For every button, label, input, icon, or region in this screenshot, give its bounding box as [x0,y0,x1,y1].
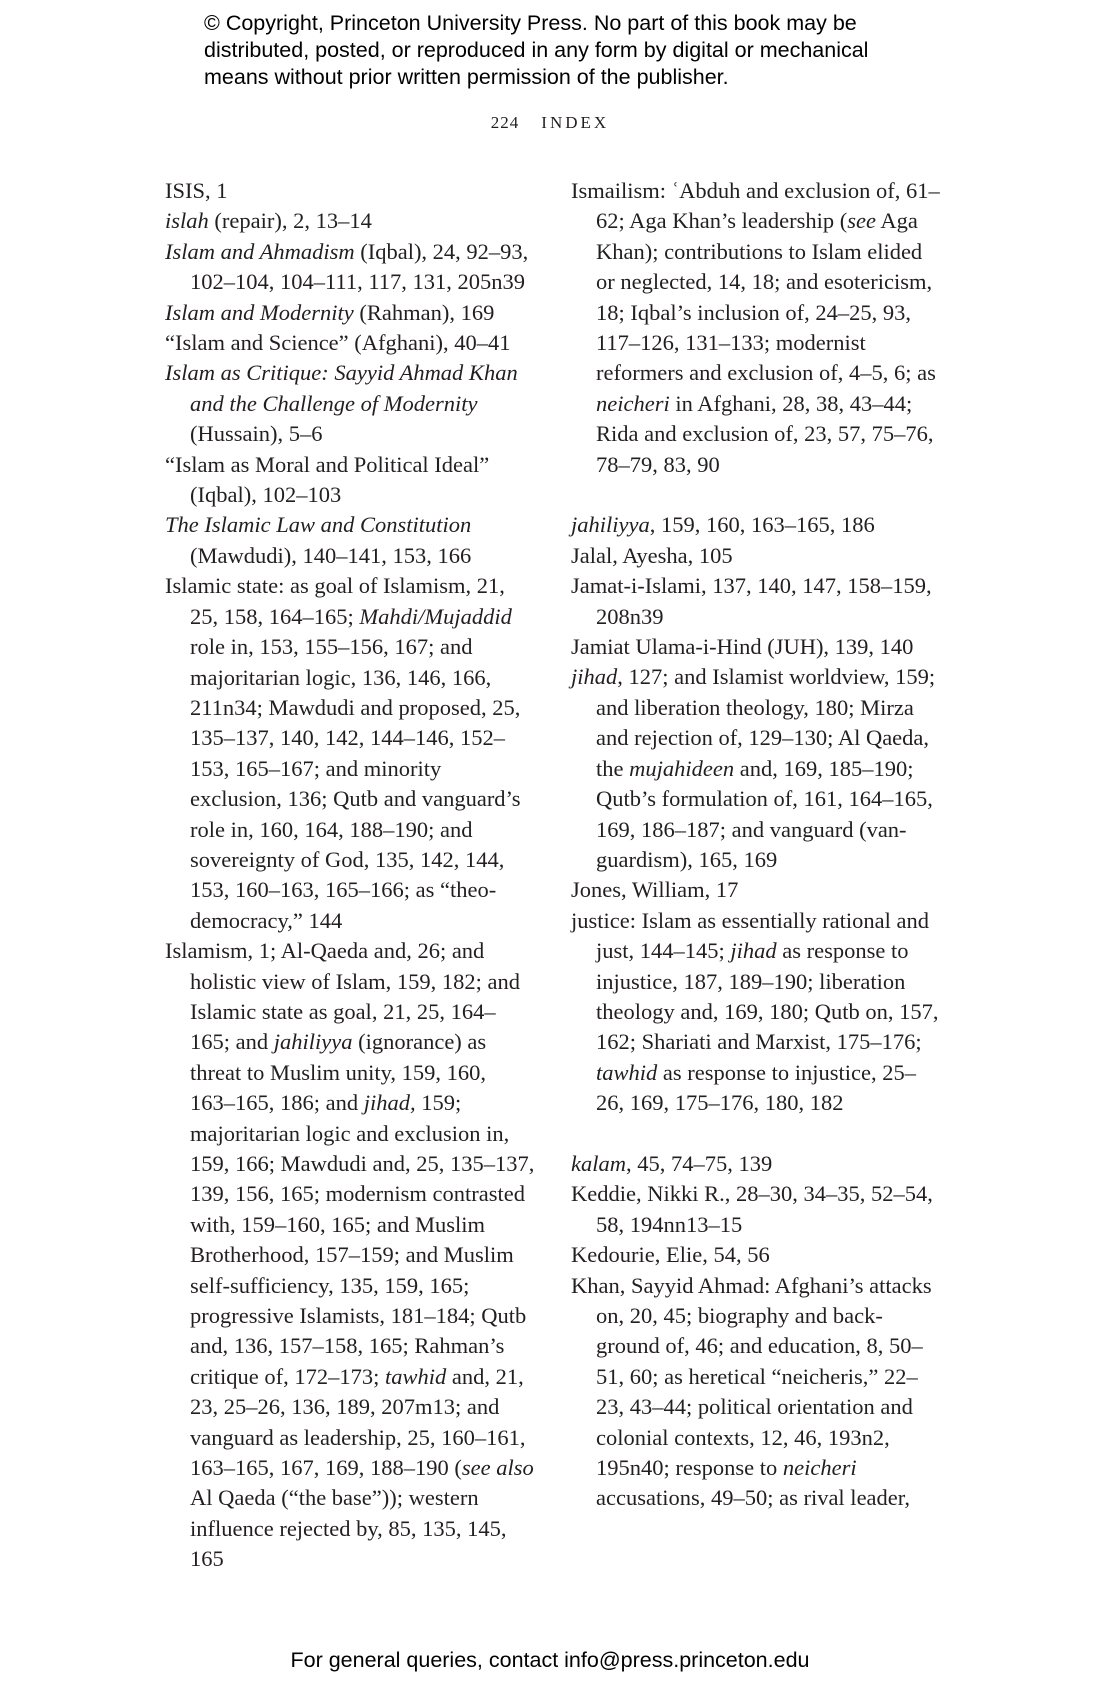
entry-text: role in, 153, 155–156, 167; and majorita… [190,634,521,933]
index-entry: jahiliyya, 159, 160, 163–165, 186 [571,510,941,540]
entry-text: Aga Khan); contributions to Islam elided… [596,208,936,385]
index-entry: “Islam and Science” (Afghani), 40–41 [165,328,535,358]
entry-text: Jones, William, 17 [571,877,738,902]
italic-term: see also [462,1455,534,1480]
index-entry: Jones, William, 17 [571,875,941,905]
section-title: INDEX [541,113,609,132]
index-entry: Islamic state: as goal of Islamism, 21, … [165,571,535,936]
entry-text: 159; majoritarian logic and exclusion in… [190,1090,534,1389]
copyright-notice: © Copyright, Princeton University Press.… [204,10,924,91]
italic-term: Islam and Modernity [165,300,354,325]
italic-term: kalam [571,1151,626,1176]
italic-term: jihad [730,938,776,963]
index-entry: Khan, Sayyid Ahmad: Afghani’s attacks on… [571,1271,941,1514]
entry-text: (Mawdudi), 140–141, 153, 166 [190,543,471,568]
entry-text: , 159, 160, 163–165, 186 [650,512,875,537]
entry-text: “Islam and Science” (Afghani), 40–41 [165,330,511,355]
index-entry: jihad, 127; and Islamist worldview, 159;… [571,662,941,875]
entry-text: Al Qaeda (“the base”)); western influenc… [190,1485,507,1571]
index-entry: Jamat-i-Islami, 137, 140, 147, 158–159, … [571,571,941,632]
italic-term: tawhid [596,1060,657,1085]
index-entry: Islam and Modernity (Rahman), 169 [165,298,535,328]
italic-term: jahiliyya [274,1029,353,1054]
index-entry: Keddie, Nikki R., 28–30, 34–35, 52–54, 5… [571,1179,941,1240]
italic-term: tawhid [385,1364,446,1389]
index-entry: Kedourie, Elie, 54, 56 [571,1240,941,1270]
entry-text: Jamiat Ulama-i-Hind (JUH), 139, 140 [571,634,913,659]
index-entry: The Islamic Law and Constitution (Mawdud… [165,510,535,571]
italic-term: mujahideen [629,756,734,781]
index-column-right: Ismailism: ʿAbduh and exclusion of, 61–6… [571,176,941,1514]
italic-term: jihad [571,664,617,689]
entry-text: Kedourie, Elie, 54, 56 [571,1242,770,1267]
index-column-left: ISIS, 1islah (repair), 2, 13–14Islam and… [165,176,535,1575]
entry-text: Jalal, Ayesha, 105 [571,543,733,568]
entry-text: (Hussain), 5–6 [190,421,322,446]
footer-contact: For general queries, contact info@press.… [0,1648,1100,1673]
entry-text: Khan, Sayyid Ahmad: Afghani’s attacks on… [571,1273,932,1480]
entry-text: (repair), 2, 13–14 [209,208,372,233]
running-head: 224INDEX [0,113,1100,133]
entry-text: Jamat-i-Islami, 137, 140, 147, 158–159, … [571,573,932,628]
letter-group-gap [571,480,941,510]
entry-text: , 45, 74–75, 139 [626,1151,772,1176]
italic-term: neicheri [783,1455,857,1480]
italic-term: jahiliyya [571,512,650,537]
italic-term: islah [165,208,209,233]
italic-term: Mahdi/Mujaddid [359,604,512,629]
index-entry: Islamism, 1; Al-Qaeda and, 26; and holis… [165,936,535,1575]
entry-text: accusations, 49–50; as rival leader, [596,1485,910,1510]
entry-text: ISIS, 1 [165,178,228,203]
index-entry: ISIS, 1 [165,176,535,206]
italic-term: jihad, [364,1090,416,1115]
index-entry: islah (repair), 2, 13–14 [165,206,535,236]
index-entry: justice: Islam as essentially rational a… [571,906,941,1119]
index-entry: Ismailism: ʿAbduh and exclusion of, 61–6… [571,176,941,480]
copyright-line: means without prior written permission o… [204,64,924,91]
italic-term: Islam as Critique: Sayyid Ahmad Khan and… [165,360,518,415]
letter-group-gap [571,1119,941,1149]
index-entry: Islam and Ahmadism (Iqbal), 24, 92–93, 1… [165,237,535,298]
index-entry: Jamiat Ulama-i-Hind (JUH), 139, 140 [571,632,941,662]
italic-term: The Islamic Law and Constitution [165,512,471,537]
italic-term: Islam and Ahmadism [165,239,355,264]
index-entry: kalam, 45, 74–75, 139 [571,1149,941,1179]
entry-text: (Rahman), 169 [354,300,495,325]
entry-text: Keddie, Nikki R., 28–30, 34–35, 52–54, 5… [571,1181,933,1236]
index-entry: Jalal, Ayesha, 105 [571,541,941,571]
entry-text: “Islam as Moral and Political Ideal” (Iq… [165,452,489,507]
copyright-line: distributed, posted, or reproduced in an… [204,37,924,64]
italic-term: neicheri [596,391,670,416]
italic-term: see [847,208,876,233]
copyright-line: © Copyright, Princeton University Press.… [204,10,924,37]
index-entry: “Islam as Moral and Political Ideal” (Iq… [165,450,535,511]
index-entry: Islam as Critique: Sayyid Ahmad Khan and… [165,358,535,449]
page-number: 224 [491,113,520,132]
